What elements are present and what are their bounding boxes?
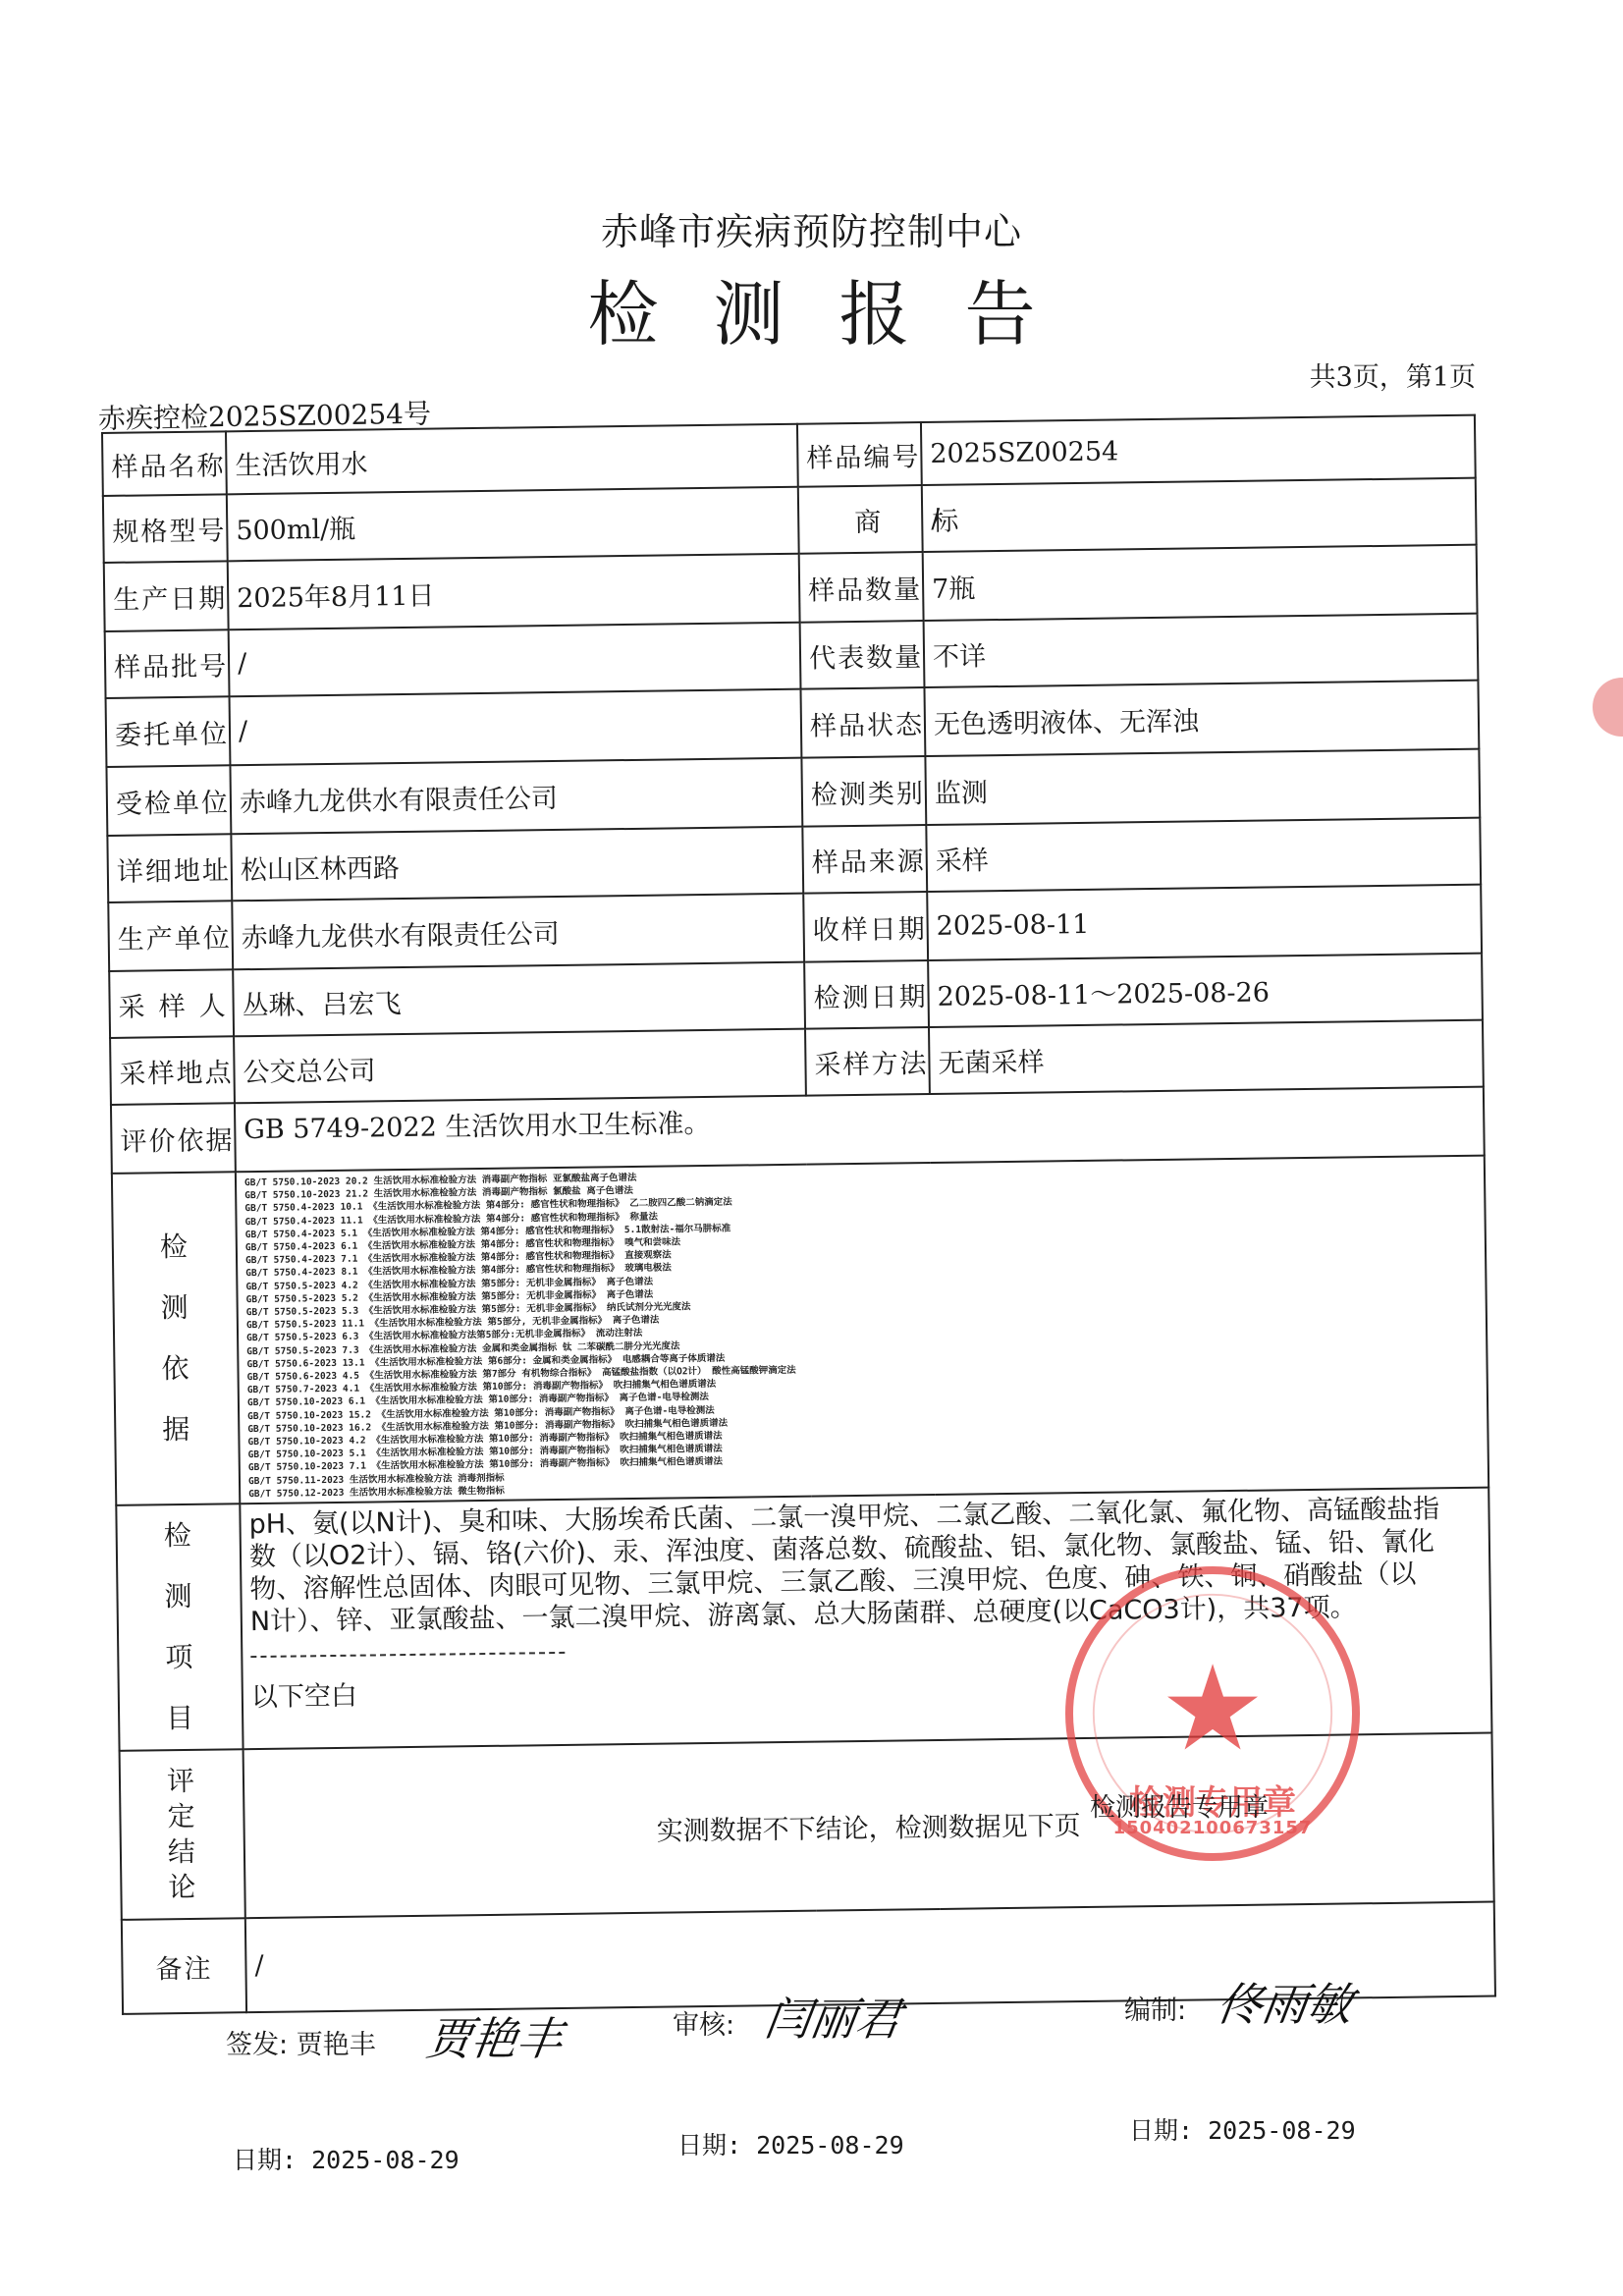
field-value: / (230, 689, 802, 766)
issuer-date: 日期: 2025-08-29 (233, 2141, 460, 2176)
compiler-date: 日期: 2025-08-29 (1129, 2111, 1356, 2147)
field-label: 样品批号 (105, 629, 230, 698)
field-label: 样品状态 (800, 687, 925, 758)
field-label: 生产日期 (104, 561, 229, 631)
conclusion-label: 评定结论 (120, 1749, 245, 1920)
field-label: 生产单位 (108, 901, 233, 971)
field-value: 500ml/瓶 (227, 487, 799, 562)
field-value: 生活饮用水 (226, 424, 798, 495)
test-basis-label: 检测依据 (112, 1172, 240, 1505)
field-label: 详细地址 (107, 834, 232, 902)
field-value: 采样 (926, 818, 1481, 892)
report-title: 检测报告 (0, 257, 1623, 359)
vertical-label-char: 检 (121, 1216, 228, 1278)
field-value: 赤峰九龙供水有限责任公司 (230, 758, 802, 835)
reviewer-signature: 闫丽君 (761, 1984, 905, 2049)
field-value: 2025-08-11 (927, 885, 1482, 960)
field-value: 监测 (925, 749, 1480, 825)
test-items-label: 检测项目 (116, 1503, 243, 1751)
field-label: 收样日期 (803, 892, 928, 962)
vertical-label-char: 据 (124, 1398, 231, 1460)
field-value: 松山区林西路 (231, 827, 803, 902)
field-label: 采样人 (109, 969, 234, 1038)
evaluation-basis-label: 评价依据 (111, 1103, 236, 1174)
field-value: 不详 (924, 614, 1479, 687)
reviewer-label: 审核: (673, 2003, 734, 2042)
vertical-label-char: 测 (122, 1277, 229, 1339)
vertical-label-char: 依 (123, 1338, 230, 1399)
cross-page-seal-fragment (1593, 678, 1623, 737)
field-label: 样品编号 (797, 422, 922, 487)
vertical-label-char: 项 (127, 1626, 234, 1688)
vertical-label-char: 定 (129, 1798, 235, 1834)
organization-name: 赤峰市疾病预防控制中心 (0, 201, 1623, 255)
page-indicator: 共3页，第1页 (1310, 355, 1476, 394)
vertical-label-char: 检 (125, 1504, 232, 1566)
field-label: 样品数量 (799, 552, 924, 623)
field-label: 商标 (798, 485, 923, 554)
vertical-label-char: 评 (129, 1763, 235, 1799)
field-label: 采样方法 (805, 1027, 930, 1096)
field-label: 受检单位 (106, 765, 231, 836)
field-label: 规格型号 (103, 494, 228, 563)
compiler-label: 编制: (1124, 1989, 1186, 2027)
field-label: 采样地点 (110, 1036, 235, 1105)
star-icon: ★ (1073, 1651, 1352, 1769)
field-label: 样品名称 (102, 431, 227, 496)
field-label: 样品来源 (802, 825, 927, 894)
field-label: 检测日期 (804, 960, 929, 1029)
test-report-page: 赤峰市疾病预防控制中心 检测报告 共3页，第1页 赤疾控检2025SZ00254… (0, 0, 1623, 2296)
field-value: 无菌采样 (929, 1020, 1484, 1094)
field-value: 无色透明液体、无浑浊 (924, 681, 1479, 756)
vertical-label-char: 目 (128, 1687, 235, 1749)
field-value: / (229, 623, 801, 697)
field-label: 代表数量 (800, 621, 925, 689)
remarks-label: 备注 (122, 1918, 246, 2014)
field-value: 丛琳、吕宏飞 (233, 962, 805, 1037)
field-value: 赤峰九龙供水有限责任公司 (232, 894, 804, 970)
vertical-label-char: 结 (130, 1833, 236, 1870)
stamp-label: 检测报告专用章 (1090, 1787, 1269, 1824)
reviewer-date: 日期: 2025-08-29 (677, 2126, 904, 2161)
field-value: 2025-08-11～2025-08-26 (928, 954, 1483, 1027)
field-value: 2025年8月11日 (228, 554, 800, 630)
compiler-signature: 佟雨敏 (1213, 1969, 1357, 2034)
vertical-label-char: 论 (130, 1869, 236, 1905)
field-label: 委托单位 (106, 696, 231, 767)
issuer-signature: 贾艳丰 (422, 2003, 567, 2068)
dashed-separator (250, 1652, 565, 1658)
issuer-label: 签发: 贾艳丰 (226, 2023, 376, 2061)
field-value: 2025SZ00254 (921, 415, 1476, 485)
vertical-label-char: 测 (126, 1565, 233, 1627)
issuer-name: 贾艳丰 (297, 2030, 376, 2060)
field-value: 7瓶 (923, 545, 1478, 621)
test-basis-standards: GB/T 5750.10-2023 20.2 生活饮用水标准检验方法 消毒副产物… (236, 1156, 1488, 1504)
field-label: 检测类别 (801, 756, 926, 827)
field-value: 公交总公司 (234, 1029, 806, 1104)
